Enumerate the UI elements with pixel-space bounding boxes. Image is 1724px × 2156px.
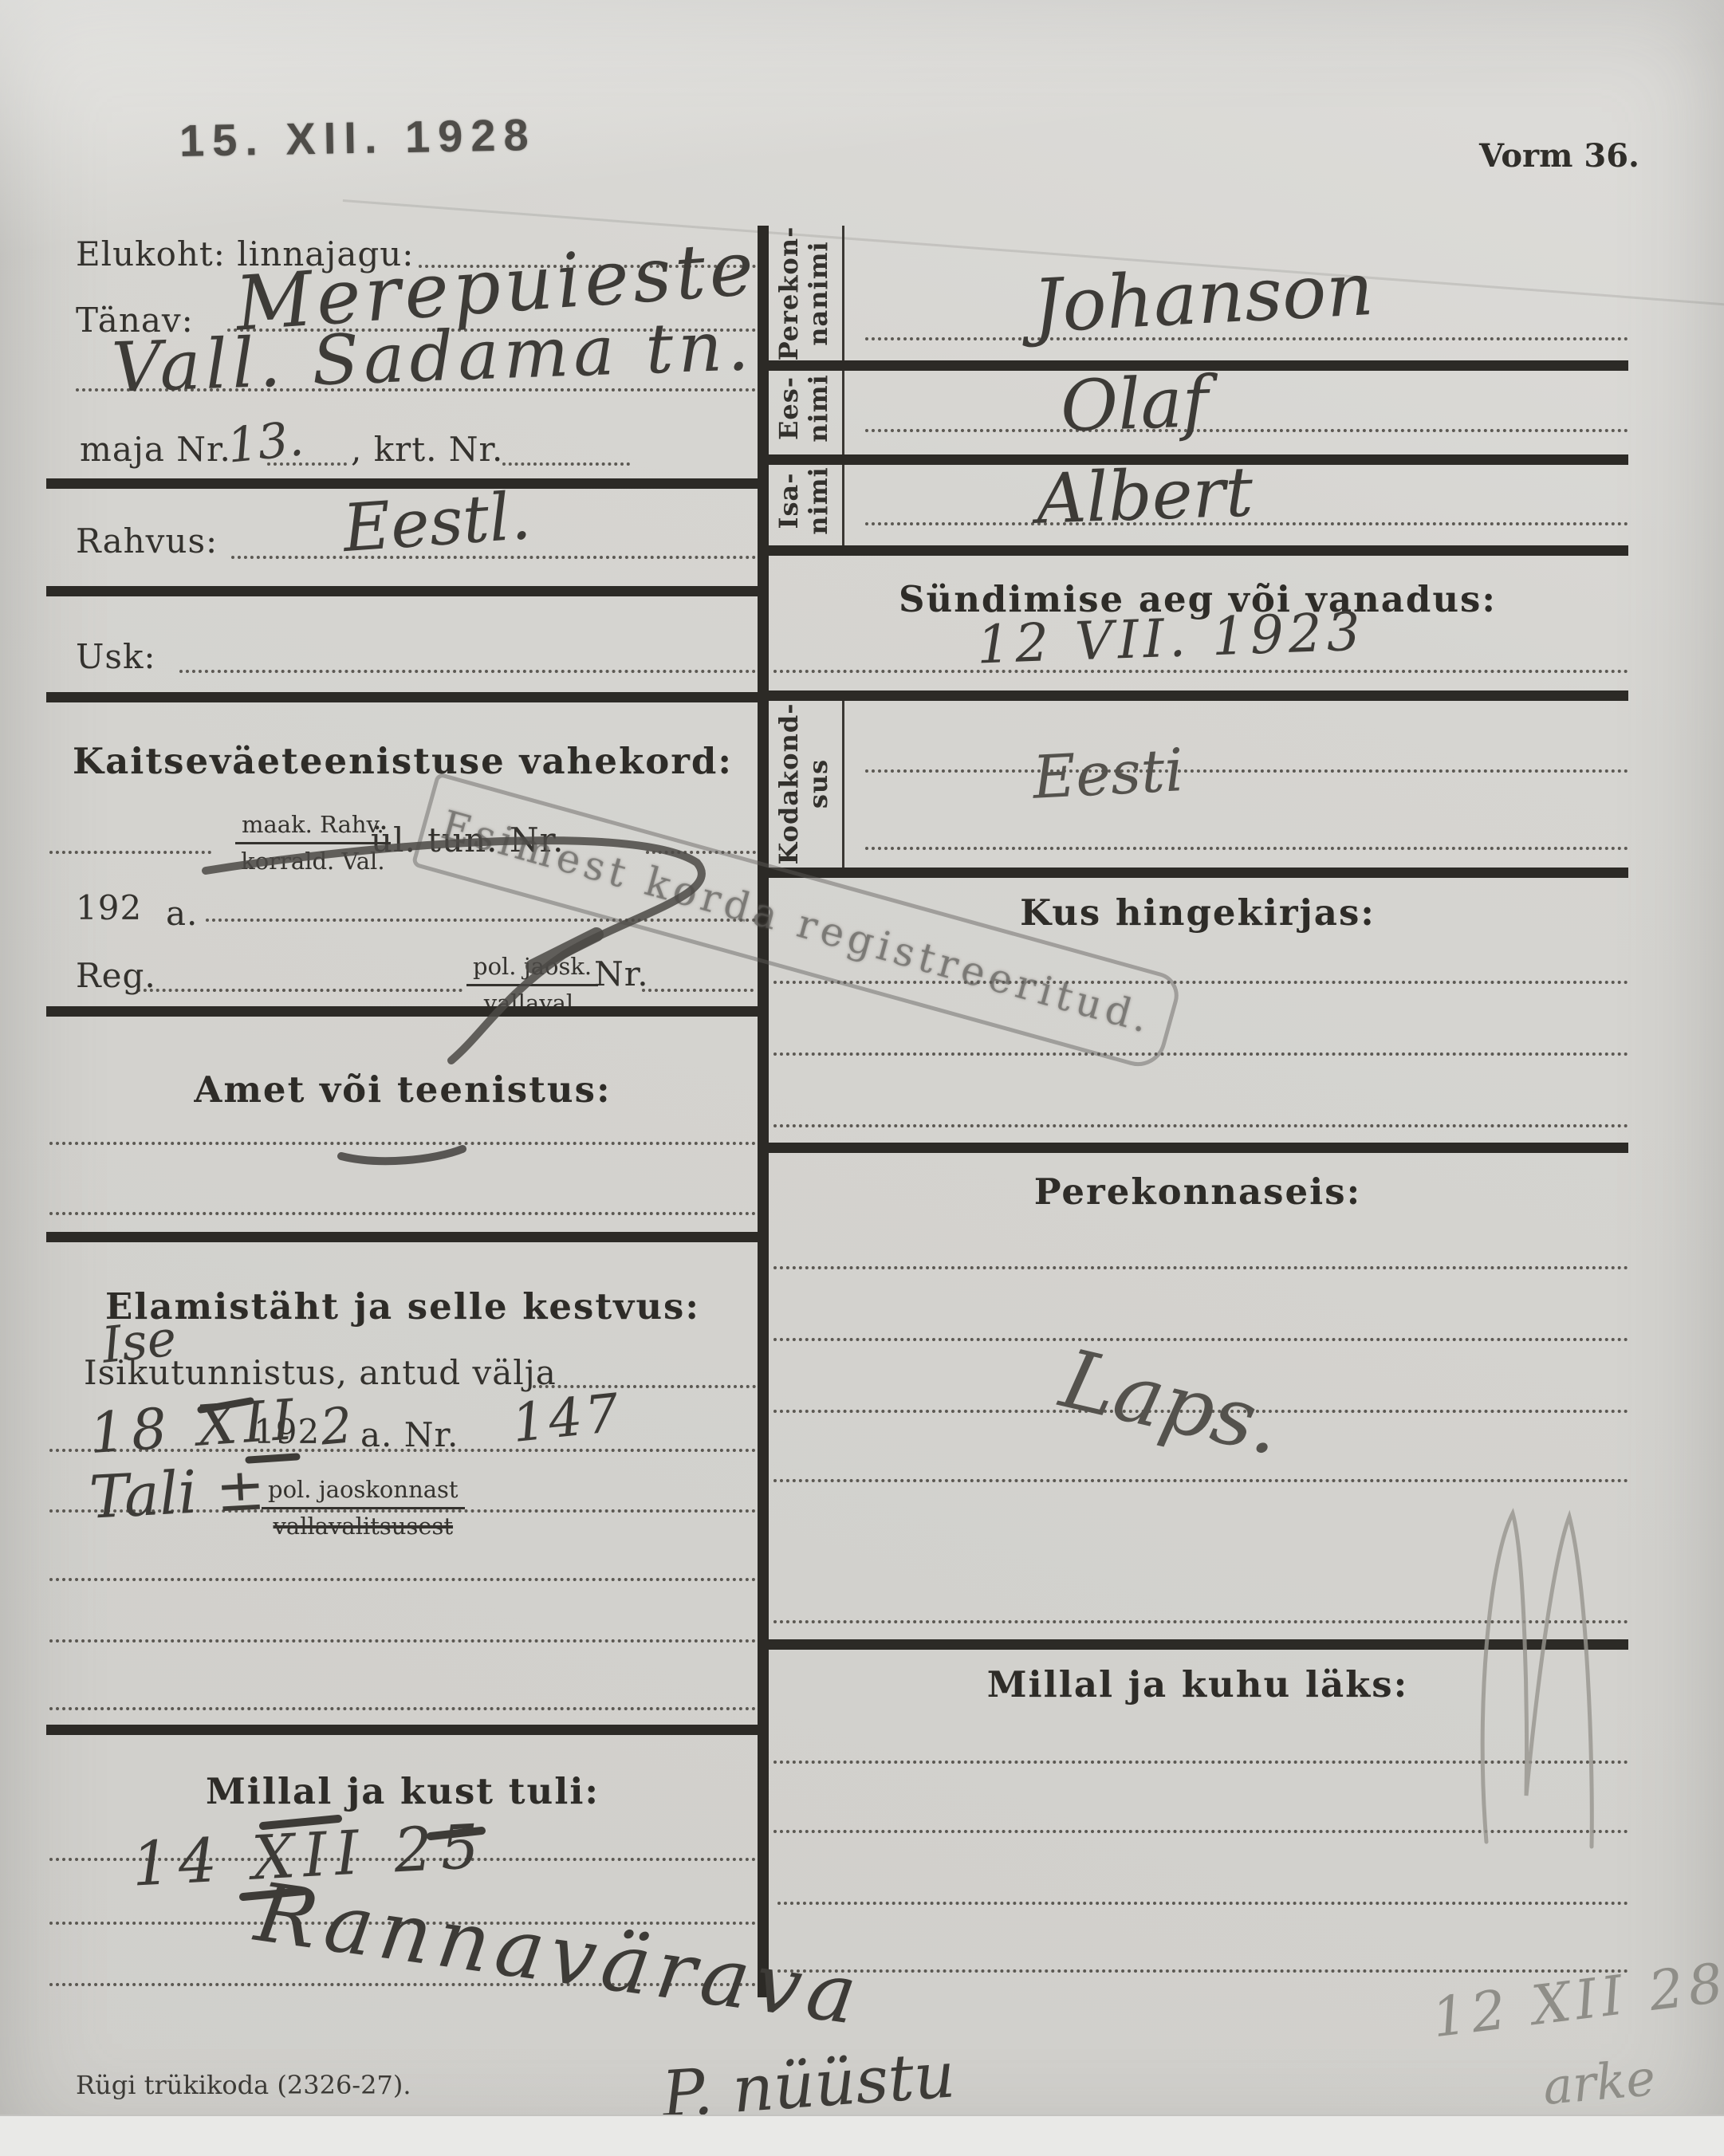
dotted-line: [773, 1479, 1628, 1482]
handwriting-ise: Ise: [99, 1308, 179, 1374]
heading-amet: Amet või teenistus:: [48, 1068, 758, 1111]
scan-edge: [0, 2115, 1724, 2156]
field-label-rahvus: Rahvus:: [76, 522, 218, 561]
dotted-line: [777, 1969, 1628, 1973]
dotted-line: [49, 1212, 756, 1215]
section-bar: [46, 1725, 759, 1735]
handwriting-street2: Vall. Sadama tn.: [111, 306, 755, 408]
fraction-top: pol. jaoskonnast: [262, 1475, 465, 1509]
handwriting-house-number: 13.: [225, 411, 306, 474]
heading-perekonnaseis: Perekonnaseis:: [767, 1170, 1628, 1214]
handwriting-fathername: Albert: [1035, 452, 1254, 539]
fraction-pol-jaoskonnast: pol. jaoskonnast vallavalitsusest: [262, 1475, 465, 1541]
dotted-line: [49, 1142, 756, 1145]
handwriting-document-number: 147: [509, 1382, 624, 1454]
handwriting-firstname: Olaf: [1059, 360, 1210, 447]
pencil-note: arke: [1541, 2048, 1658, 2116]
fraction-top: maak. Rahv.: [235, 810, 391, 844]
section-bar: [46, 586, 759, 596]
dotted-line: [865, 429, 1628, 432]
fraction-maak-rahv: maak. Rahv. korrald. Val.: [235, 810, 391, 876]
field-label-192: 192: [76, 889, 142, 927]
fraction-bottom: korrald. Val.: [235, 844, 391, 877]
fraction-top: pol. jaosk.: [466, 952, 598, 986]
scanned-registration-form: 15. XII. 1928 Vorm 36. Elukoht: linnajag…: [0, 0, 1724, 2156]
dotted-line: [49, 851, 211, 854]
dotted-line: [865, 769, 1628, 773]
dotted-line: [773, 1124, 1628, 1127]
rotated-label-kodakondsus: Kodakond- sus: [756, 712, 852, 856]
form-number: Vorm 36.: [1479, 137, 1639, 175]
dotted-line: [642, 989, 754, 992]
field-label-nr: Nr.: [594, 955, 649, 993]
dotted-line: [777, 1902, 1628, 1905]
handwriting-birthdate: 12 VII. 1923: [976, 601, 1366, 676]
dotted-line: [49, 1578, 756, 1581]
field-label-a: a.: [166, 895, 198, 933]
date-stamp: 15. XII. 1928: [179, 108, 537, 167]
ink-dash-amet: [341, 1149, 462, 1161]
dotted-line: [773, 670, 1628, 673]
heading-kaitsevaeteenistus: Kaitseväeteenistuse vahekord:: [48, 740, 758, 783]
handwriting-family-status: Laps.: [1053, 1332, 1290, 1474]
dotted-line: [773, 1830, 1628, 1833]
printer-credit: Rügi trükikoda (2326-27).: [76, 2070, 411, 2100]
field-label-krt-nr: , krt. Nr.: [351, 431, 503, 469]
dotted-line: [179, 670, 756, 673]
dotted-line: [773, 1620, 1628, 1623]
section-bar: [769, 1143, 1628, 1153]
section-bar: [769, 868, 1628, 878]
dotted-line: [773, 1266, 1628, 1269]
dotted-line: [773, 1052, 1628, 1056]
section-bar: [769, 690, 1628, 701]
section-bar: [769, 545, 1628, 556]
section-bar: [46, 1232, 759, 1242]
dotted-line: [773, 1338, 1628, 1341]
handwriting-issue-year-digit: 2: [318, 1395, 355, 1456]
dotted-line: [865, 847, 1628, 850]
handwriting-arrival-place: Rannavärava: [250, 1865, 868, 2044]
heading-millal-kuhu-laks: Millal ja kuhu läks:: [767, 1663, 1628, 1706]
section-bar: [769, 1639, 1628, 1650]
dotted-line: [49, 1639, 756, 1643]
section-bar: [46, 692, 759, 702]
handwriting-citizenship: Eesti: [1031, 736, 1185, 812]
handwriting-tali: Tali ±: [88, 1454, 267, 1532]
dotted-line: [49, 1707, 756, 1710]
handwriting-nationality: Eestl.: [340, 478, 533, 567]
dotted-line: [137, 989, 462, 992]
section-bar: [46, 1006, 759, 1017]
heading-millal-kust-tuli: Millal ja kust tuli:: [48, 1770, 758, 1813]
dotted-line: [502, 462, 630, 466]
handwriting-surname: Johanson: [1030, 246, 1375, 349]
fraction-bottom-struck: vallavalitsusest: [262, 1509, 465, 1542]
field-label-maja-nr: maja Nr.: [80, 431, 231, 469]
field-label-usk: Usk:: [76, 638, 156, 676]
handwriting-issue-day: 18 XII: [87, 1387, 302, 1466]
pencil-date: 12 XII 28: [1429, 1952, 1724, 2051]
dotted-line: [773, 1761, 1628, 1764]
